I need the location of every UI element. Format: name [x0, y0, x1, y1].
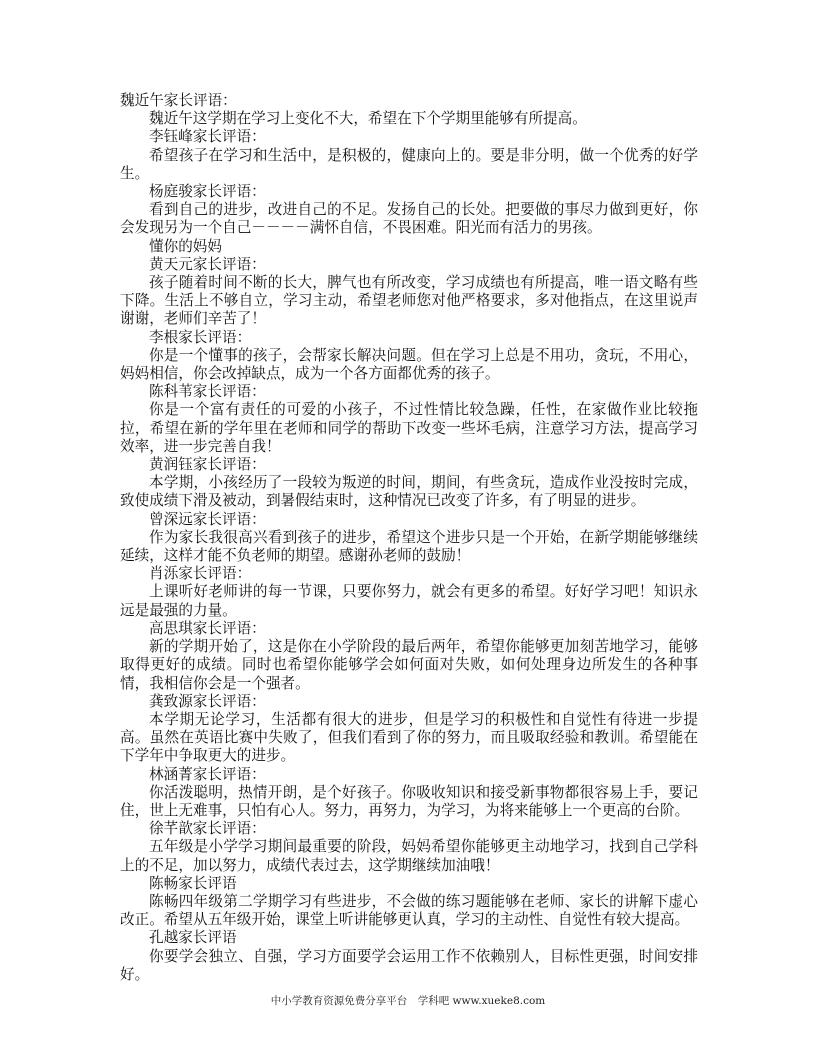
entry-heading: 黄天元家长评语： — [120, 256, 698, 274]
entry-heading: 陈科苇家长评语： — [120, 383, 698, 401]
document-body: 魏近午家长评语： 魏近午这学期在学习上变化不大，希望在下个学期里能够有所提高。 … — [120, 92, 698, 984]
entry-heading: 曾深远家长评语： — [120, 511, 698, 529]
entry-heading: 高思琪家长评语： — [120, 620, 698, 638]
entry-text: 希望孩子在学习和生活中，是积极的，健康向上的。要是非分明，做一个优秀的好学生。 — [120, 147, 698, 183]
entry-text: 陈畅四年级第二学期学习有些进步，不会做的练习题能够在老师、家长的讲解下虚心改正。… — [120, 893, 698, 929]
entry-text: 你要学会独立、自强，学习方面要学会运用工作不依赖别人，目标性更强，时间安排好。 — [120, 948, 698, 984]
page-footer: 中小学教育资源免费分享平台 学科吧 www.xueke8.com — [0, 993, 816, 1008]
entry-heading: 林涵菁家长评语： — [120, 766, 698, 784]
entry-text: 本学期无论学习，生活都有很大的进步，但是学习的积极性和自觉性有待进一步提高。虽然… — [120, 711, 698, 766]
entry-heading: 黄润钰家长评语： — [120, 456, 698, 474]
entry-text: 作为家长我很高兴看到孩子的进步，希望这个进步只是一个开始，在新学期能够继续延续，… — [120, 529, 698, 565]
entry-text: 魏近午这学期在学习上变化不大，希望在下个学期里能够有所提高。 — [120, 110, 698, 128]
entry-heading: 李钰峰家长评语： — [120, 128, 698, 146]
entry-text: 本学期，小孩经历了一段较为叛逆的时间，期间，有些贪玩，造成作业没按时完成，致使成… — [120, 474, 698, 510]
entry-text: 新的学期开始了，这是你在小学阶段的最后两年，希望你能够更加刻苦地学习，能够取得更… — [120, 638, 698, 693]
entry-text: 五年级是小学学习期间最重要的阶段，妈妈希望你能够更主动地学习，找到自己学科上的不… — [120, 838, 698, 874]
entry-text: 你是一个富有责任的可爱的小孩子，不过性情比较急躁，任性，在家做作业比较拖拉，希望… — [120, 401, 698, 456]
entry-heading: 龚致源家长评语： — [120, 693, 698, 711]
entry-text: 上课听好老师讲的每一节课，只要你努力，就会有更多的希望。好好学习吧！知识永远是最… — [120, 583, 698, 619]
entry-text: 孩子随着时间不断的长大，脾气也有所改变，学习成绩也有所提高，唯一语文略有些下降。… — [120, 274, 698, 329]
entry-heading: 孔越家长评语 — [120, 929, 698, 947]
entry-signature: 懂你的妈妈 — [120, 238, 698, 256]
entry-heading: 陈畅家长评语 — [120, 875, 698, 893]
entry-heading: 徐芊歆家长评语： — [120, 820, 698, 838]
entry-text: 你活泼聪明，热情开朗，是个好孩子。你吸收知识和接受新事物都很容易上手，要记住，世… — [120, 784, 698, 820]
entry-heading: 肖泺家长评语： — [120, 565, 698, 583]
entry-text: 你是一个懂事的孩子，会帮家长解决问题。但在学习上总是不用功，贪玩，不用心，妈妈相… — [120, 347, 698, 383]
entry-heading: 魏近午家长评语： — [120, 92, 698, 110]
entry-text: 看到自己的进步，改进自己的不足。发扬自己的长处。把要做的事尽力做到更好，你会发现… — [120, 201, 698, 237]
entry-heading: 李根家长评语： — [120, 329, 698, 347]
entry-heading: 杨庭骏家长评语： — [120, 183, 698, 201]
